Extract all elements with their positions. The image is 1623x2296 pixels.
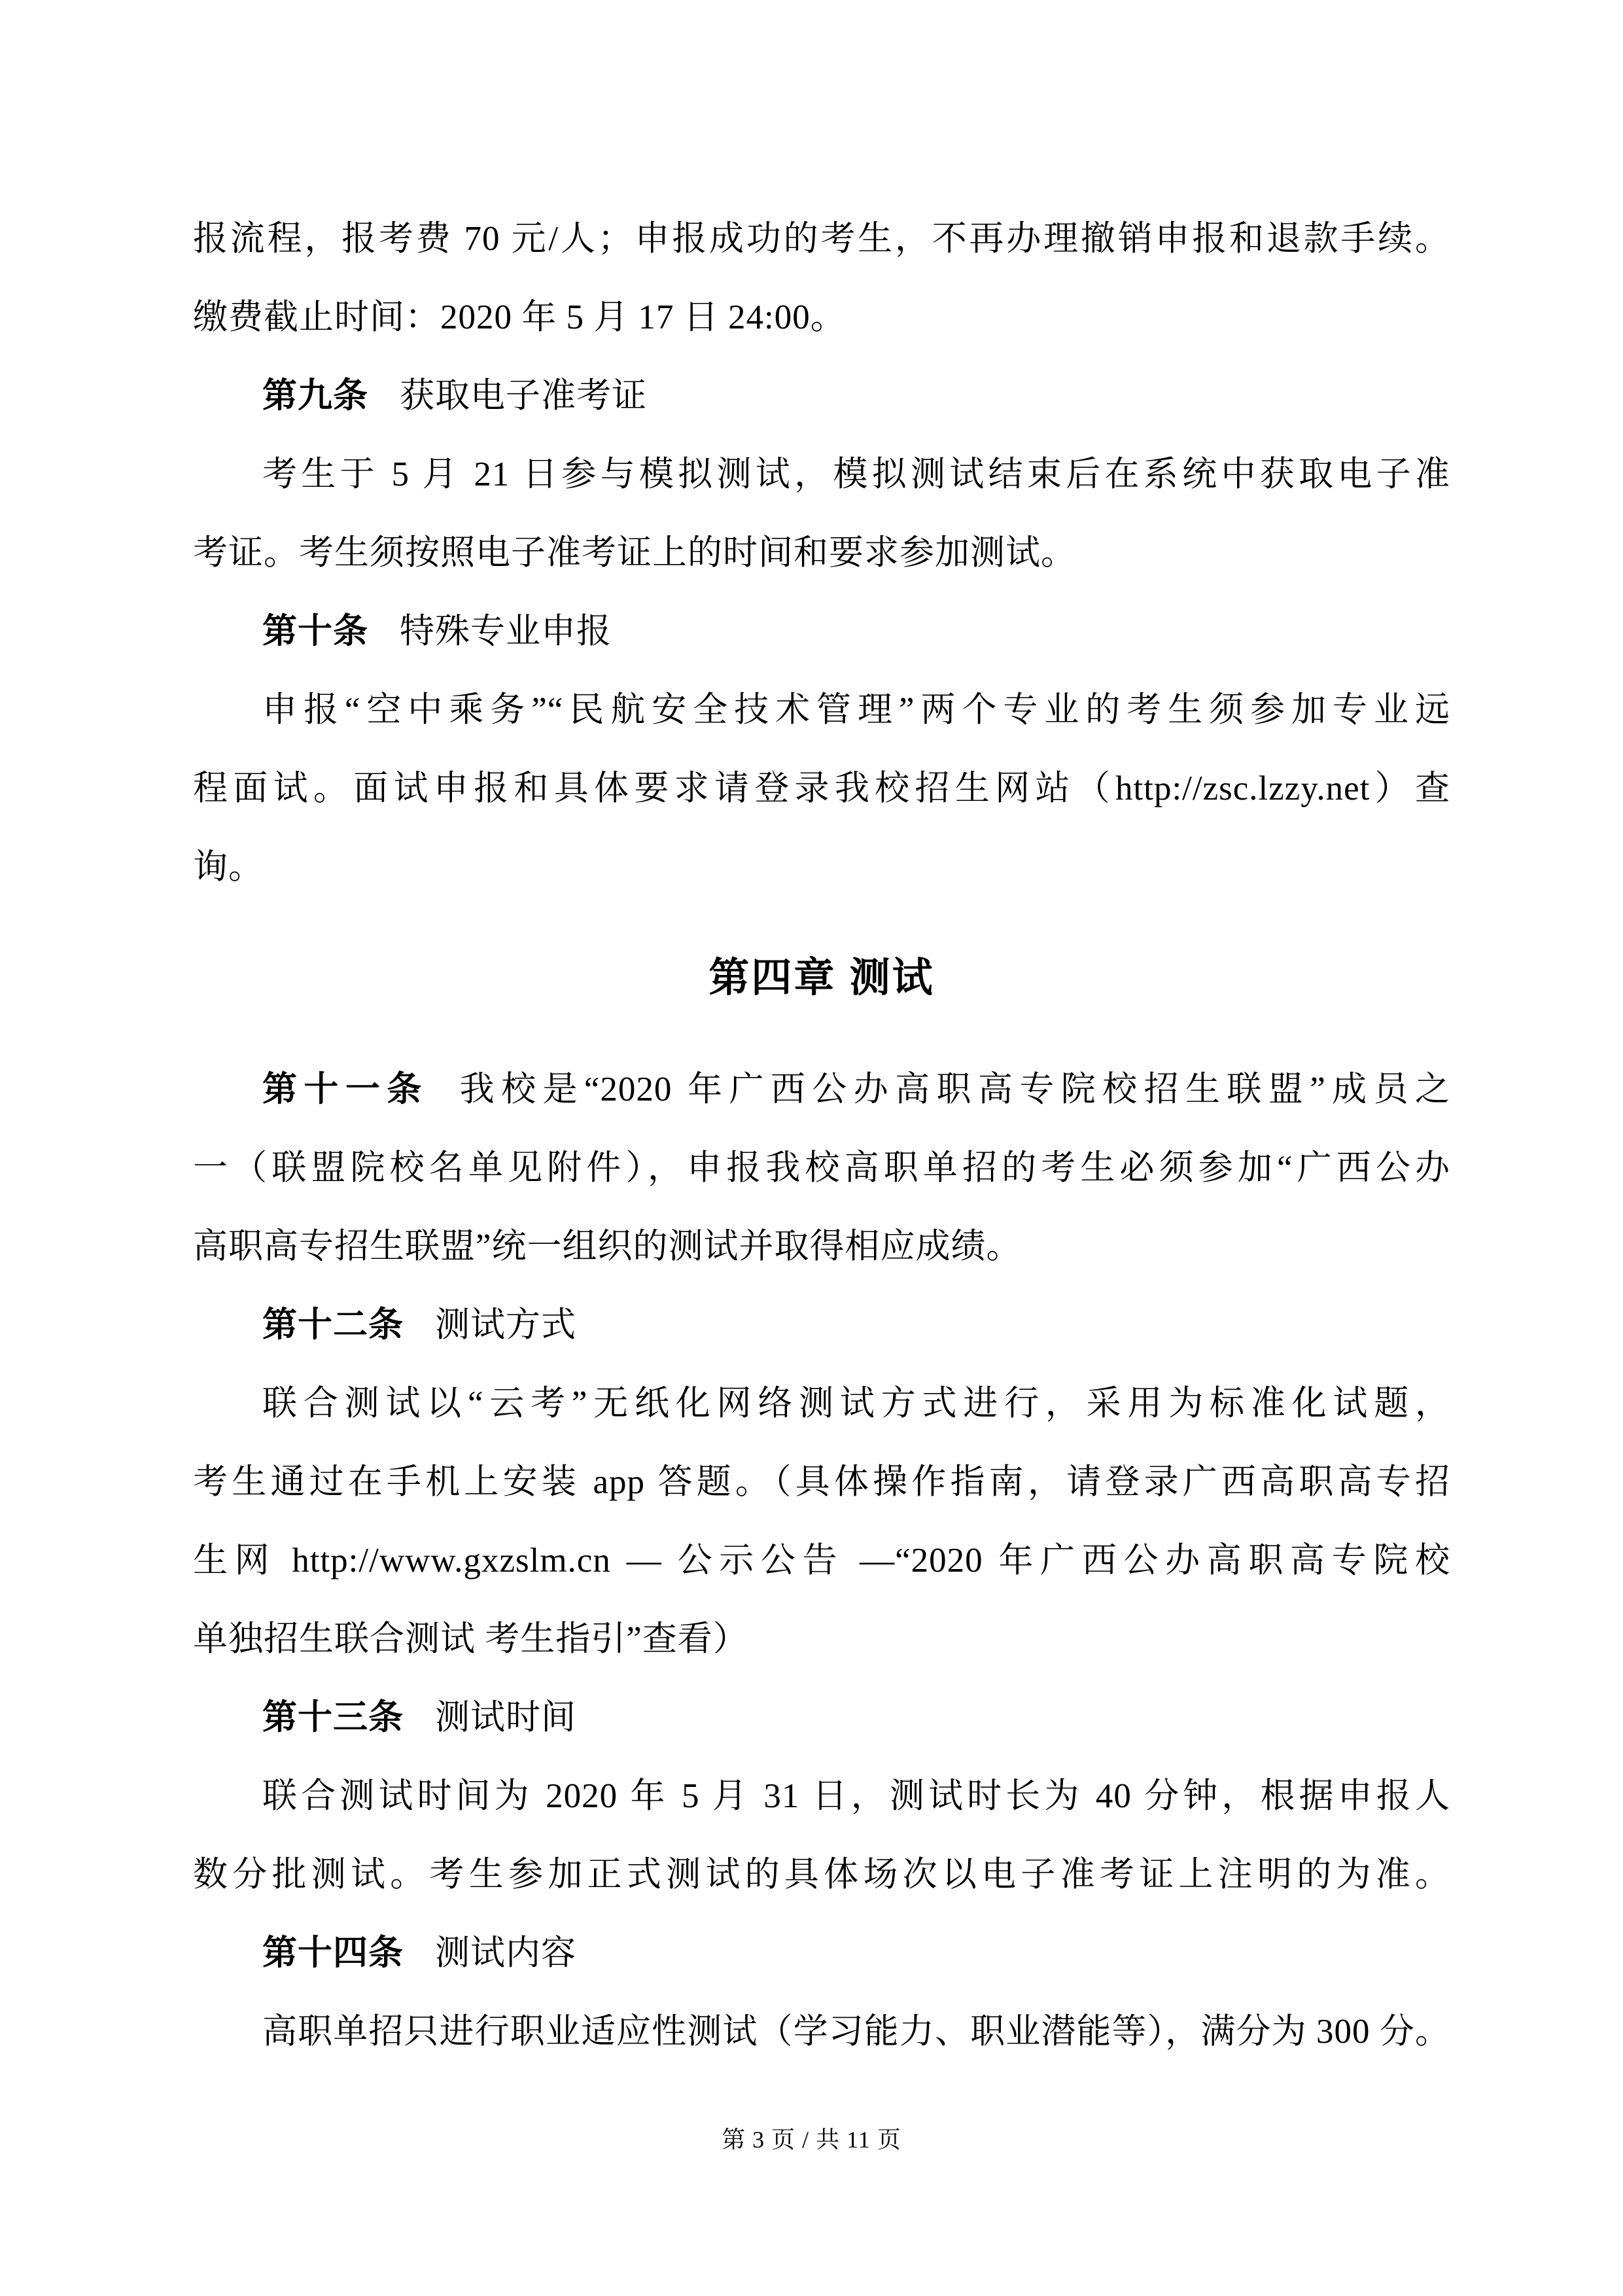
line-text: 我校是“2020 年广西公办高职高专院校招生联盟”成员之 [460, 1070, 1450, 1108]
line-text: 测试方式 [435, 1306, 576, 1344]
line-text: 高职单招只进行职业适应性测试（学习能力、职业潜能等），满分为 300 分。 [262, 2013, 1450, 2051]
item-label: 第九条 [262, 376, 368, 415]
document-body: 报流程，报考费 70 元/人；申报成功的考生，不再办理撤销申报和退款手续。缴费截… [193, 200, 1450, 2071]
text-line: 一（联盟院校名单见附件），申报我校高职单招的考生必须参加“广西公办 [193, 1129, 1450, 1207]
text-line: 高职高专招生联盟”统一组织的测试并取得相应成绩。 [193, 1207, 1450, 1286]
text-line: 联合测试时间为 2020 年 5 月 31 日，测试时长为 40 分钟，根据申报… [193, 1757, 1450, 1835]
text-line: 缴费截止时间：2020 年 5 月 17 日 24:00。 [193, 278, 1450, 357]
text-line: 第十一条我校是“2020 年广西公办高职高专院校招生联盟”成员之 [193, 1050, 1450, 1129]
line-text: 特殊专业申报 [400, 612, 612, 650]
text-line: 单独招生联合测试 考生指引”查看） [193, 1600, 1450, 1678]
text-line: 第十二条测试方式 [193, 1286, 1450, 1364]
line-text: 测试内容 [435, 1934, 576, 1972]
line-text: 程面试。面试申报和具体要求请登录我校招生网站（http://zsc.lzzy.n… [193, 769, 1450, 807]
line-text: 报流程，报考费 70 元/人；申报成功的考生，不再办理撤销申报和退款手续。 [193, 220, 1450, 258]
text-line: 考生于 5 月 21 日参与模拟测试，模拟测试结束后在系统中获取电子准 [193, 435, 1450, 514]
item-label: 第十一条 [262, 1070, 428, 1108]
line-text: 联合测试以“云考”无纸化网络测试方式进行，采用为标准化试题， [262, 1385, 1450, 1422]
line-text: 测试时间 [435, 1699, 576, 1737]
page-footer: 第 3 页 / 共 11 页 [0, 2121, 1623, 2155]
line-text: 一（联盟院校名单见附件），申报我校高职单招的考生必须参加“广西公办 [193, 1149, 1450, 1187]
text-line: 生网 http://www.gxzslm.cn — 公示公告 —“2020 年广… [193, 1521, 1450, 1600]
text-line: 高职单招只进行职业适应性测试（学习能力、职业潜能等），满分为 300 分。 [193, 1992, 1450, 2071]
text-line: 程面试。面试申报和具体要求请登录我校招生网站（http://zsc.lzzy.n… [193, 749, 1450, 828]
line-text: 单独招生联合测试 考生指引”查看） [193, 1620, 748, 1658]
line-text: 缴费截止时间：2020 年 5 月 17 日 24:00。 [193, 298, 846, 336]
text-line: 报流程，报考费 70 元/人；申报成功的考生，不再办理撤销申报和退款手续。 [193, 200, 1450, 278]
page-number: 第 3 页 / 共 11 页 [722, 2127, 901, 2153]
text-line: 第十条特殊专业申报 [193, 592, 1450, 671]
line-text: 高职高专招生联盟”统一组织的测试并取得相应成绩。 [193, 1227, 1022, 1265]
line-text: 申报“空中乘务”“民航安全技术管理”两个专业的考生须参加专业远 [262, 691, 1450, 729]
line-text: 获取电子准考证 [400, 377, 647, 415]
text-line: 考生通过在手机上安装 app 答题。（具体操作指南，请登录广西高职高专招 [193, 1443, 1450, 1521]
text-line: 询。 [193, 828, 1450, 906]
item-label: 第十二条 [262, 1305, 404, 1344]
line-text: 考生于 5 月 21 日参与模拟测试，模拟测试结束后在系统中获取电子准 [262, 455, 1450, 493]
item-label: 第十三条 [262, 1698, 404, 1737]
line-text: 考证。考生须按照电子准考证上的时间和要求参加测试。 [193, 534, 1076, 572]
text-line: 申报“空中乘务”“民航安全技术管理”两个专业的考生须参加专业远 [193, 671, 1450, 749]
line-text: 数分批测试。考生参加正式测试的具体场次以电子准考证上注明的为准。 [193, 1856, 1450, 1894]
item-label: 第十条 [262, 612, 368, 650]
text-line: 第十三条测试时间 [193, 1678, 1450, 1757]
text-line: 第十四条测试内容 [193, 1914, 1450, 1992]
text-line: 数分批测试。考生参加正式测试的具体场次以电子准考证上注明的为准。 [193, 1835, 1450, 1914]
document-page: 报流程，报考费 70 元/人；申报成功的考生，不再办理撤销申报和退款手续。缴费截… [0, 0, 1623, 2296]
text-line: 考证。考生须按照电子准考证上的时间和要求参加测试。 [193, 514, 1450, 592]
item-label: 第十四条 [262, 1934, 404, 1972]
line-text: 生网 http://www.gxzslm.cn — 公示公告 —“2020 年广… [193, 1542, 1450, 1580]
text-line: 联合测试以“云考”无纸化网络测试方式进行，采用为标准化试题， [193, 1364, 1450, 1443]
line-text: 询。 [193, 848, 264, 886]
line-text: 联合测试时间为 2020 年 5 月 31 日，测试时长为 40 分钟，根据申报… [262, 1777, 1450, 1815]
chapter-heading: 第四章 测试 [193, 906, 1450, 1050]
line-text: 考生通过在手机上安装 app 答题。（具体操作指南，请登录广西高职高专招 [193, 1463, 1450, 1501]
text-line: 第九条获取电子准考证 [193, 357, 1450, 435]
